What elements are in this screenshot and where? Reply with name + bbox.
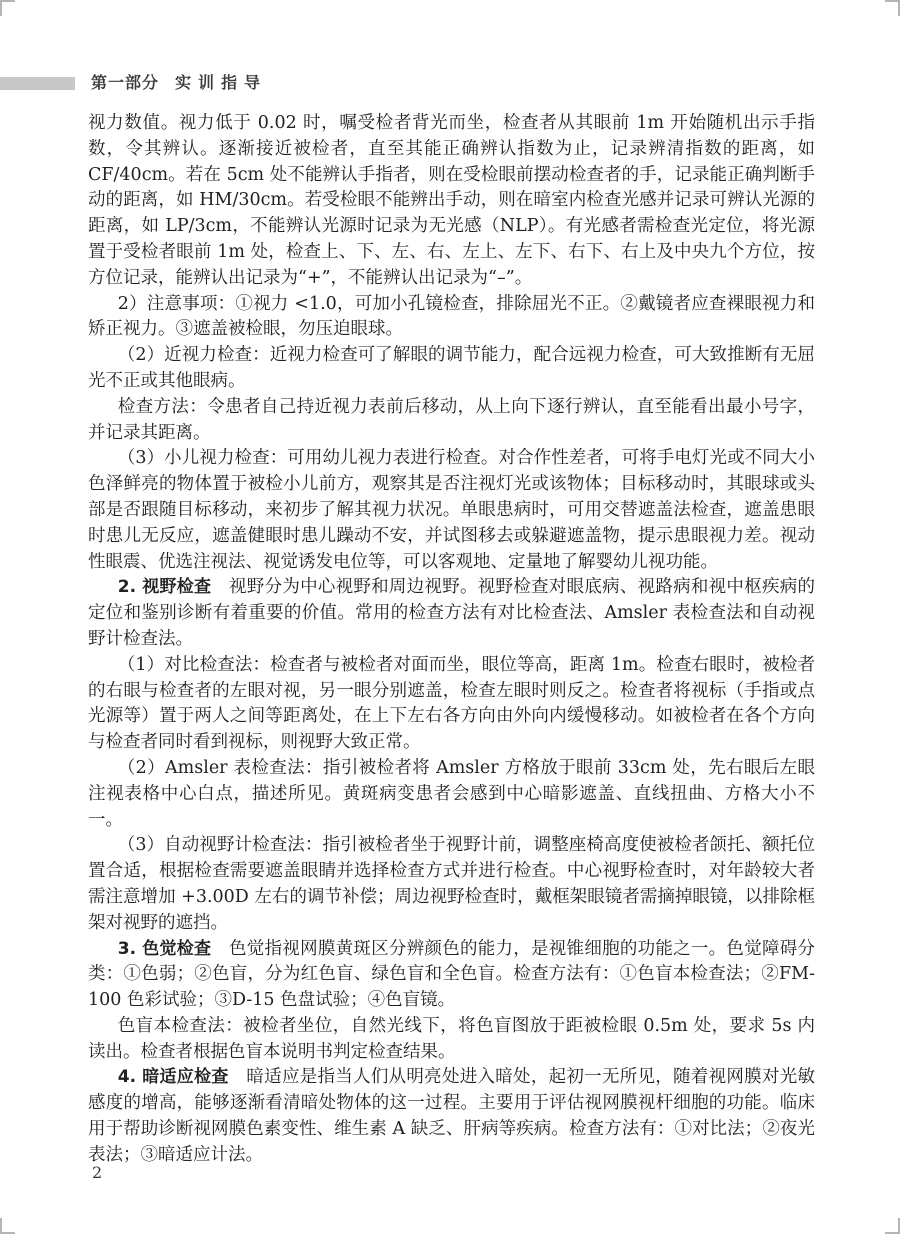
- text-run: （2）Amsler 表检查法：指引被检者将 Amsler 方格放于眼前 33cm…: [88, 758, 815, 830]
- paragraph: 2. 视野检查 视野分为中心视野和周边视野。视野检查对眼底病、视路病和视中枢疾病…: [88, 575, 815, 652]
- paragraph: 4. 暗适应检查 暗适应是指当人们从明亮处进入暗处，起初一无所见，随着视网膜对光…: [88, 1065, 815, 1168]
- corner-mark-top-left: [0, 0, 15, 16]
- section-title: 实训指导: [175, 73, 267, 92]
- body-paragraphs: 视力数值。视力低于 0.02 时，嘱受检者背光而坐，检查者从其眼前 1m 开始随…: [88, 111, 815, 1169]
- text-run: （3）自动视野计检查法：指引被检者坐于视野计前，调整座椅高度使被检者颌托、额托位…: [88, 835, 815, 932]
- book-page: 第一部分实训指导 视力数值。视力低于 0.02 时，嘱受检者背光而坐，检查者从其…: [0, 0, 900, 1234]
- text-run: （3）小儿视力检查：可用幼儿视力表进行检查。对合作性差者，可将手电灯光或不同大小…: [88, 448, 815, 571]
- paragraph: 3. 色觉检查 色觉指视网膜黄斑区分辨颜色的能力，是视锥细胞的功能之一。色觉障碍…: [88, 937, 815, 1014]
- part-label: 第一部分: [91, 73, 159, 92]
- paragraph: 2）注意事项：①视力 <1.0，可加小孔镜检查，排除屈光不正。②戴镜者应查裸眼视…: [88, 292, 815, 344]
- text-run: 视力数值。视力低于 0.02 时，嘱受检者背光而坐，检查者从其眼前 1m 开始随…: [88, 113, 815, 288]
- paragraph: （3）自动视野计检查法：指引被检者坐于视野计前，调整座椅高度使被检者颌托、额托位…: [88, 833, 815, 936]
- paragraph: 视力数值。视力低于 0.02 时，嘱受检者背光而坐，检查者从其眼前 1m 开始随…: [88, 111, 815, 292]
- inline-heading: 3. 色觉检查: [118, 939, 212, 959]
- paragraph: （2）Amsler 表检查法：指引被检者将 Amsler 方格放于眼前 33cm…: [88, 756, 815, 833]
- paragraph: （2）近视力检查：近视力检查可了解眼的调节能力，配合远视力检查，可大致推断有无屈…: [88, 343, 815, 395]
- text-run: （1）对比检查法：检查者与被检者对面而坐，眼位等高，距离 1m。检查右眼时，被检…: [88, 655, 815, 752]
- paragraph: 色盲本检查法：被检者坐位，自然光线下，将色盲图放于距被检眼 0.5m 处，要求 …: [88, 1014, 815, 1066]
- inline-heading: 4. 暗适应检查: [118, 1067, 229, 1087]
- text-run: 2）注意事项：①视力 <1.0，可加小孔镜检查，排除屈光不正。②戴镜者应查裸眼视…: [88, 294, 815, 340]
- header-accent-bar: [0, 77, 75, 90]
- paragraph: 检查方法：令患者自己持近视力表前后移动，从上向下逐行辨认，直至能看出最小号字，并…: [88, 395, 815, 447]
- corner-mark-bottom-right: [885, 1218, 900, 1234]
- text-run: （2）近视力检查：近视力检查可了解眼的调节能力，配合远视力检查，可大致推断有无屈…: [88, 345, 815, 391]
- inline-heading: 2. 视野检查: [118, 577, 212, 597]
- corner-mark-bottom-left: [0, 1218, 15, 1234]
- paragraph: （1）对比检查法：检查者与被检者对面而坐，眼位等高，距离 1m。检查右眼时，被检…: [88, 653, 815, 756]
- paragraph: （3）小儿视力检查：可用幼儿视力表进行检查。对合作性差者，可将手电灯光或不同大小…: [88, 446, 815, 575]
- text-run: 色盲本检查法：被检者坐位，自然光线下，将色盲图放于距被检眼 0.5m 处，要求 …: [88, 1016, 815, 1062]
- page-number: 2: [92, 1163, 102, 1182]
- corner-mark-top-right: [885, 0, 900, 16]
- text-run: 检查方法：令患者自己持近视力表前后移动，从上向下逐行辨认，直至能看出最小号字，并…: [88, 397, 815, 443]
- running-head: 第一部分实训指导: [91, 70, 267, 93]
